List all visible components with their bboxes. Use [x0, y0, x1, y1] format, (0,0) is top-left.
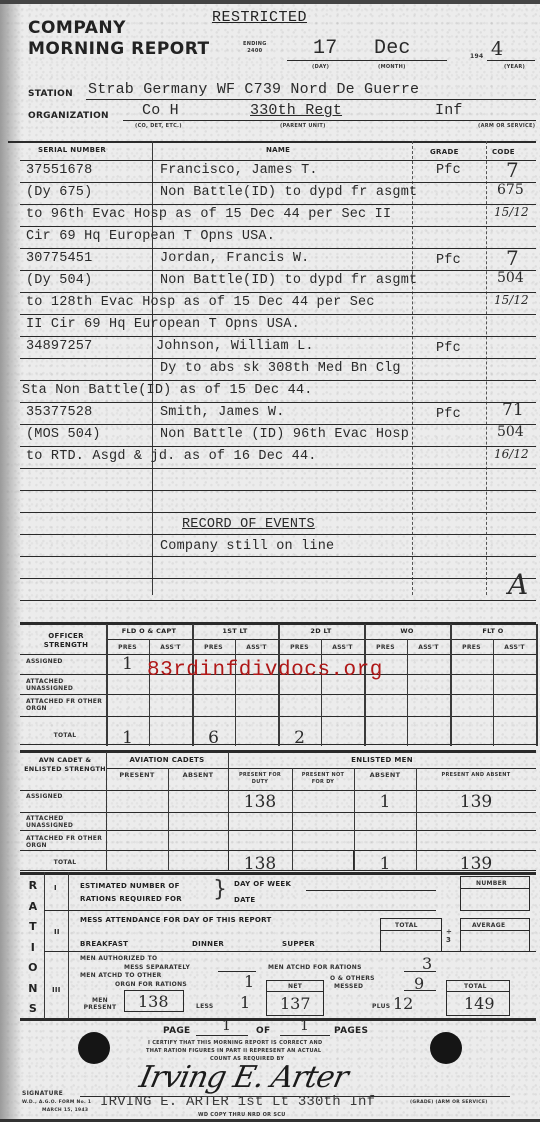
officer-grid-line [235, 639, 236, 746]
officer-subheader: PRES [278, 644, 321, 651]
entry-serial: (Dy 675) [26, 185, 92, 200]
men-present-value: 138 [138, 992, 169, 1011]
officer-grid-line [364, 624, 366, 746]
entry-text: to 128th Evac Hosp as of 15 Dec 44 per S… [26, 295, 375, 310]
organization-label: ORGANIZATION [28, 111, 109, 121]
average-label: AVERAGE [472, 922, 505, 929]
officer-grid-line [536, 624, 538, 746]
col-name: NAME [266, 146, 290, 154]
officer-row-label: TOTAL [26, 732, 104, 739]
morning-report-document: RESTRICTED COMPANY MORNING REPORT ENDING… [0, 0, 540, 1122]
divide-by-three: ÷ 3 [446, 928, 456, 944]
entry-grade: Pfc [436, 341, 461, 356]
col-code: CODE [492, 148, 515, 156]
organization-unit: Co H [142, 102, 179, 119]
scan-top-edge [0, 0, 540, 4]
rations-top [20, 872, 536, 875]
enlisted-table-top [20, 750, 536, 753]
entry-text: II Cir 69 Hq European T Opns USA. [26, 317, 300, 332]
atchd-to-other-label-1: MEN ATCHD TO OTHER [80, 972, 162, 979]
form-title-line1: COMPANY [28, 18, 210, 39]
ruled-line [20, 578, 536, 579]
officer-row-label: ATTACHED UNASSIGNED [26, 678, 104, 692]
enlisted-row-label: ATTACHED FR OTHER ORGN [26, 835, 104, 849]
report-year-suffix: 4 [491, 38, 503, 60]
officer-subheader: ASS'T [493, 644, 536, 651]
entry-text: Johnson, William L. [156, 339, 314, 354]
ruled-line [20, 270, 536, 271]
atchd-to-other-label-2: ORGN FOR RATIONS [115, 981, 187, 988]
ruled-line [20, 248, 536, 249]
entry-text: Francisco, James T. [160, 163, 318, 178]
rations-side-divider [44, 872, 45, 1019]
entry-code: 504 [497, 270, 524, 286]
officer-subheader: ASS'T [235, 644, 278, 651]
margin-mark: A [508, 568, 528, 601]
entry-text: Smith, James W. [160, 405, 285, 420]
rations-bottom [20, 1018, 536, 1021]
year-caption: (YEAR) [504, 64, 525, 70]
entry-serial: 30775451 [26, 251, 92, 266]
record-of-events-heading: RECORD OF EVENTS [182, 517, 315, 532]
rations-side-letter: R [26, 876, 40, 897]
section-i-label-2: RATIONS REQUIRED FOR [80, 893, 182, 906]
officer-subheader: PRES [106, 644, 149, 651]
certify-line-2: THAT RATION FIGURES IN PART II REPRESENT… [146, 1048, 321, 1054]
date-underline [287, 60, 447, 61]
ruled-line [20, 556, 536, 557]
rations-i-bottom [44, 910, 436, 911]
officer-grid-line [192, 624, 194, 746]
officer-subheader: PRES [192, 644, 235, 651]
entry-serial: (MOS 504) [26, 427, 101, 442]
ruled-line [20, 358, 536, 359]
others-messed-label-2: MESSED [334, 983, 363, 990]
date-label: DATE [234, 896, 255, 904]
enlisted-row-label: ASSIGNED [26, 793, 104, 800]
enlisted-strength-label: AVN CADET & ENLISTED STRENGTH [24, 756, 106, 774]
officer-subheader: ASS'T [407, 644, 450, 651]
net-box-divider [267, 991, 323, 992]
enlisted-row-label: ATTACHED UNASSIGNED [26, 815, 104, 829]
col-grade: GRADE [430, 148, 459, 156]
officer-subheader: PRES [450, 644, 493, 651]
page-number: 1 [222, 1018, 231, 1034]
rations-numeral-divider [68, 872, 69, 1019]
grade-caption: (GRADE) (ARM OR SERVICE) [410, 1100, 488, 1105]
rations-side-letter: I [26, 938, 40, 959]
arm-caption: (ARM OR SERVICE) [478, 123, 535, 129]
entry-serial: 35377528 [26, 405, 92, 420]
entry-text: Non Battle (ID) 96th Evac Hosp [160, 427, 409, 442]
rations-side-label: RATIONS [26, 876, 40, 1020]
punch-hole-right [430, 1032, 462, 1064]
ration-total-value: 149 [464, 994, 495, 1013]
atchd-for-rations-line [404, 971, 436, 972]
men-present-label: MEN PRESENT [80, 997, 120, 1011]
officer-subheader: ASS'T [149, 644, 192, 651]
entry-serial: (Dy 504) [26, 273, 92, 288]
entry-text: Cir 69 Hq European T Opns USA. [26, 229, 275, 244]
punch-hole-left [78, 1032, 110, 1064]
officer-subheader: ASS'T [321, 644, 364, 651]
aviation-cadets-heading: AVIATION CADETS [106, 756, 228, 764]
enlisted-men-heading: ENLISTED MEN [228, 756, 536, 764]
supper-label: SUPPER [282, 940, 315, 948]
officer-strength-label: OFFICER STRENGTH [28, 632, 104, 650]
section-iii-numeral: III [52, 986, 61, 994]
others-messed-line [404, 990, 436, 991]
enlisted-cell[interactable]: 138 [228, 792, 292, 812]
entry-grade: Pfc [436, 253, 461, 268]
report-month: Dec [374, 37, 411, 60]
report-day: 17 [313, 37, 337, 60]
classification-stamp: RESTRICTED [212, 9, 307, 26]
certify-line-1: I CERTIFY THAT THIS MORNING REPORT IS CO… [148, 1040, 322, 1046]
ending-label: ENDING 2400 [243, 41, 267, 55]
entry-text: Non Battle(ID) to dypd fr asgmt [160, 273, 417, 288]
officer-grid-line [149, 639, 150, 746]
officer-grid-line [407, 639, 408, 746]
enlisted-row-label: TOTAL [26, 859, 104, 866]
rations-side-letter: N [26, 979, 40, 1000]
parent-unit: 330th Regt [250, 102, 342, 119]
entry-serial: 34897257 [26, 339, 92, 354]
entry-text: Non Battle(ID) to dypd fr asgmt [160, 185, 417, 200]
entry-code: 15/12 [494, 293, 529, 307]
ruled-line [20, 226, 536, 227]
entry-text: to RTD. Asgd & jd. as of 16 Dec 44. [26, 449, 317, 464]
month-caption: (MONTH) [378, 64, 406, 70]
average-box-divider [461, 930, 529, 931]
mess-total-label: TOTAL [395, 922, 418, 929]
enlisted-grid-line [168, 768, 169, 870]
ruled-line [20, 446, 536, 447]
entry-text: Sta Non Battle(ID) as of 15 Dec 44. [22, 383, 313, 398]
rations-side-letter: O [26, 958, 40, 979]
brace-icon: } [213, 878, 227, 902]
ruled-line [20, 314, 536, 315]
table-top-rule [8, 141, 536, 143]
ruled-line [20, 402, 536, 403]
officer-group-header: FLD O & CAPT [106, 627, 192, 635]
officer-row-label: ATTACHED FR OTHER ORGN [26, 698, 104, 712]
unit-caption: (CO, DET, ETC.) [135, 123, 182, 129]
station-value: Strab Germany WF C739 Nord De Guerre [88, 81, 419, 98]
of-label: OF [256, 1026, 270, 1036]
entry-code: 7 [506, 158, 519, 182]
authorized-label-2: MESS SEPARATELY [124, 964, 190, 971]
officer-group-header: FLT O [450, 627, 536, 635]
total-pages-line [280, 1035, 330, 1036]
ruled-line [20, 512, 536, 513]
entry-code: 7 [506, 246, 519, 270]
supersedes-note: WD COPY THRU NRD OR SCU [198, 1112, 286, 1118]
mess-total-divider [381, 930, 441, 931]
ruled-line [20, 600, 536, 601]
ruled-line [20, 292, 536, 293]
ruled-line [20, 490, 536, 491]
entry-code: 504 [497, 424, 524, 440]
entry-serial: 37551678 [26, 163, 92, 178]
enlisted-grid-line [106, 752, 107, 870]
breakfast-label: BREAKFAST [80, 940, 128, 948]
enlisted-total-box [228, 850, 354, 871]
number-label: NUMBER [476, 880, 507, 887]
rations-side-letter: T [26, 917, 40, 938]
mess-attendance-label: MESS ATTENDANCE FOR DAY OF THIS REPORT [80, 916, 272, 924]
officer-cell[interactable]: 1 [106, 654, 149, 674]
officer-grid-line [278, 624, 280, 746]
grade-code-divider [486, 141, 487, 595]
entry-code: 71 [502, 400, 524, 420]
typed-name: IRVING E. ARTER 1st Lt 330th Inf [100, 1094, 375, 1110]
officer-group-header: 2D LT [278, 627, 364, 635]
form-id-1: W.D., A.G.O. FORM No. 1 [22, 1100, 91, 1105]
form-title: COMPANY MORNING REPORT [28, 18, 210, 60]
ruled-line [20, 534, 536, 535]
ending-word: ENDING [243, 41, 267, 48]
name-grade-divider [412, 141, 413, 595]
others-messed-label-1: O & OTHERS [330, 975, 375, 982]
atchd-to-other-value: 1 [244, 972, 254, 991]
ruled-line [20, 380, 536, 381]
scan-edge-shadow [0, 0, 22, 1122]
ruled-line [20, 424, 536, 425]
plus-label: PLUS [372, 1003, 390, 1010]
enlisted-grid-line [20, 830, 536, 831]
entry-code: 16/12 [494, 447, 529, 461]
ruled-line [20, 204, 536, 205]
officer-grid-line [493, 639, 494, 746]
enlisted-col-header: PRESENT AND ABSENT [416, 772, 536, 779]
plus-value: 12 [393, 994, 413, 1013]
pages-label: PAGES [334, 1026, 368, 1036]
signature-label: SIGNATURE [22, 1090, 63, 1097]
station-underline [86, 99, 536, 100]
signature: Irving E. Arter [136, 1060, 350, 1095]
enlisted-col-header: PRESENT NOT FOR DY [292, 772, 354, 786]
enlisted-cell[interactable]: 1 [354, 792, 416, 812]
entry-grade: Pfc [436, 163, 461, 178]
officer-group-header: WO [364, 627, 450, 635]
officer-grid-line [321, 639, 322, 746]
form-title-line2: MORNING REPORT [28, 39, 210, 60]
year-underline [487, 60, 535, 61]
year-prefix: 194 [470, 53, 483, 60]
section-ii-numeral: II [54, 928, 60, 936]
organization-underline [123, 120, 536, 121]
rations-side-letter: A [26, 897, 40, 918]
officer-group-header: 1ST LT [192, 627, 278, 635]
parent-unit-caption: (PARENT UNIT) [280, 123, 326, 129]
station-label: STATION [28, 89, 73, 99]
enlisted-grid-line [20, 812, 536, 813]
officer-grid-line [106, 624, 108, 746]
form-id-2: MARCH 15, 1943 [42, 1108, 88, 1113]
col-serial-number: SERIAL NUMBER [38, 146, 106, 154]
net-value: 137 [280, 994, 311, 1013]
enlisted-col-header: PRESENT FOR DUTY [228, 772, 292, 786]
atchd-for-rations-label: MEN ATCHD FOR RATIONS [268, 964, 362, 971]
arm-or-service: Inf [435, 102, 463, 119]
dinner-label: DINNER [192, 940, 224, 948]
officer-subheader: PRES [364, 644, 407, 651]
page-number-line [196, 1035, 248, 1036]
day-of-week-line [306, 890, 436, 891]
section-i-label-1: ESTIMATED NUMBER OF [80, 880, 182, 893]
entry-text: Dy to abs sk 308th Med Bn Clg [160, 361, 401, 376]
ruled-line [20, 160, 536, 161]
number-box-divider [461, 888, 529, 889]
net-label: NET [288, 983, 302, 990]
rations-side-letter: S [26, 999, 40, 1020]
officer-row-label: ASSIGNED [26, 658, 104, 665]
entry-text: Jordan, Francis W. [160, 251, 309, 266]
ending-time: 2400 [243, 48, 267, 55]
officer-grid-line [450, 624, 452, 746]
enlisted-grid-line [354, 768, 355, 870]
less-label: LESS [196, 1003, 214, 1010]
ruled-line [20, 336, 536, 337]
authorized-label-1: MEN AUTHORIZED TO [80, 955, 157, 962]
watermark: 83rdinfdivdocs.org [147, 659, 383, 682]
section-i-numeral: I [54, 884, 57, 892]
page-label: PAGE [163, 1026, 190, 1036]
ration-total-label: TOTAL [464, 983, 487, 990]
entry-text: to 96th Evac Hosp as of 15 Dec 44 per Se… [26, 207, 391, 222]
entry-code: 675 [497, 182, 524, 198]
enlisted-grid-line [106, 768, 536, 769]
day-of-week-label: DAY OF WEEK [234, 880, 291, 888]
enlisted-grid-line [416, 768, 417, 870]
entry-code: 15/12 [494, 205, 529, 219]
record-of-events-text: Company still on line [160, 539, 334, 554]
enlisted-cell[interactable]: 139 [416, 792, 536, 812]
day-caption: (DAY) [312, 64, 329, 70]
enlisted-col-header: ABSENT [354, 772, 416, 779]
less-value: 1 [240, 993, 250, 1012]
enlisted-col-header: ABSENT [168, 772, 228, 779]
ruled-line [20, 468, 536, 469]
enlisted-col-header: PRESENT [106, 772, 168, 779]
ruled-line [20, 182, 536, 183]
ration-total-divider [447, 991, 509, 992]
enlisted-grid-line [20, 790, 536, 791]
entry-grade: Pfc [436, 407, 461, 422]
section-i-label: ESTIMATED NUMBER OF RATIONS REQUIRED FOR [80, 880, 182, 906]
total-pages: 1 [300, 1018, 309, 1034]
